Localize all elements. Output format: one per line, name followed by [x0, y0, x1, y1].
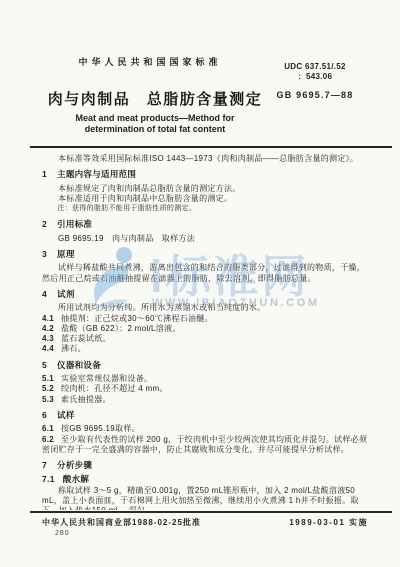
document-title-en: Meat and meat products—Method for determ…	[0, 113, 310, 135]
clause-text: 称取试样 3～5 g，精确至0.001g，置250 mL锥形瓶中，加入 2 mo…	[42, 486, 370, 510]
clause-text: 本标准规定了肉和肉制品总脂肪含量的测定方法。	[42, 184, 370, 194]
clause-text: 按GB 9695.19取样。	[61, 424, 140, 433]
udc-line1: UDC 637.51/.52	[260, 62, 370, 72]
clause-number: 7.1	[42, 474, 55, 484]
approval-line: 中华人民共和国商业部1988-02-25批准	[42, 517, 201, 528]
paragraph: 本标准规定了肉和肉制品总脂肪含量的测定方法。	[42, 184, 370, 194]
udc-line2: ：543.06	[260, 72, 370, 82]
section-heading: 6试样	[42, 410, 370, 420]
paragraph: 称取试样 3～5 g，精确至0.001g，置250 mL锥形瓶中，加入 2 mo…	[42, 486, 370, 510]
clause-number: 4.4	[42, 344, 54, 353]
numbered-clause: 5.3索氏抽提器。	[42, 395, 370, 405]
section-heading: 5仪器和设备	[42, 360, 370, 370]
note-line: 注：获得的脂肪不能用于脂肪性质的测定。	[42, 204, 370, 214]
paragraph: GB 9695.19 肉与肉制品 取样方法	[42, 234, 370, 244]
subsection-heading: 7.1酸水解	[42, 474, 370, 484]
numbered-clause: 4.2盐酸（GB 622）：2 mol/L溶液。	[42, 324, 370, 334]
clause-text: 试样	[57, 410, 75, 420]
section-heading: 3原理	[42, 249, 370, 259]
title-en-line1: Meat and meat products—Method for	[0, 113, 310, 124]
clause-text: 索氏抽提器。	[61, 395, 111, 404]
clause-text: 抽提剂：正己烷或30～60℃沸程石油醚。	[61, 314, 213, 323]
document-header: 中华人民共和国国家标准 UDC 637.51/.52 ：543.06 GB 96…	[0, 0, 400, 147]
clause-number: 4.3	[42, 334, 54, 343]
clause-text: 引用标准	[57, 219, 92, 229]
clause-number: 4.1	[42, 314, 54, 323]
page-number: 280	[55, 530, 70, 537]
clause-number: 1	[42, 169, 47, 179]
clause-number: 2	[42, 219, 47, 229]
section-heading: 7分析步骤	[42, 460, 370, 470]
numbered-clause: 6.2至少取有代表性的试样 200 g，于绞肉机中至少绞两次使其均质化并混匀。试…	[42, 435, 370, 456]
clause-text: 沸石。	[61, 344, 86, 353]
numbered-clause: 5.2绞肉机：孔径不超过 4 mm。	[42, 384, 370, 394]
clause-text: 原理	[57, 249, 75, 259]
clause-text: 实验室常规仪器和设备。	[61, 374, 152, 383]
clause-number: 7	[42, 460, 47, 470]
standard-document-page: 中华人民共和国国家标准 UDC 637.51/.52 ：543.06 GB 96…	[0, 0, 400, 567]
clause-number: 5	[42, 360, 47, 370]
title-en-line2: determination of total fat content	[0, 124, 310, 135]
clause-number: 5.3	[42, 395, 54, 404]
clause-text: 本标准等效采用国际标准ISO 1443—1973《肉和肉制品——总脂肪含量的测定…	[42, 154, 370, 164]
clause-text: 试剂	[57, 289, 75, 299]
section-heading: 2引用标准	[42, 219, 370, 229]
numbered-clause: 5.1实验室常规仪器和设备。	[42, 374, 370, 384]
udc-classification: UDC 637.51/.52 ：543.06	[260, 62, 370, 81]
clause-text: GB 9695.19 肉与肉制品 取样方法	[42, 234, 370, 244]
clause-number: 5.1	[42, 374, 54, 383]
clause-text: 蓝石蕊试纸。	[61, 334, 111, 343]
document-title-cn: 肉与肉制品 总脂肪含量测定	[0, 88, 310, 109]
clause-number: 6.2	[42, 435, 54, 444]
clause-text: 分析步骤	[57, 460, 92, 470]
clause-text: 试样与稀盐酸共同煮沸，游离出包含的和结合的脂类部分，过滤得到的物质，干燥，然后用…	[42, 263, 370, 284]
clause-text: 盐酸（GB 622）：2 mol/L溶液。	[61, 324, 181, 333]
clause-number: 3	[42, 249, 47, 259]
clause-number: 6.1	[42, 424, 54, 433]
clause-number: 4.2	[42, 324, 54, 333]
footer-divider	[30, 511, 392, 513]
paragraph: 试样与稀盐酸共同煮沸，游离出包含的和结合的脂类部分，过滤得到的物质，干燥，然后用…	[42, 263, 370, 284]
clause-text: 主题内容与适用范围	[57, 169, 136, 179]
clause-number: 5.2	[42, 384, 54, 393]
clause-text: 酸水解	[63, 474, 89, 484]
numbered-clause: 4.1抽提剂：正己烷或30～60℃沸程石油醚。	[42, 314, 370, 324]
clause-text: 绞肉机：孔径不超过 4 mm。	[61, 384, 168, 393]
paragraph: 所用试剂均为分析纯。所用水为蒸馏水或相当纯度的水。	[42, 303, 370, 313]
section-heading: 4试剂	[42, 289, 370, 299]
numbered-clause: 6.1按GB 9695.19取样。	[42, 424, 370, 434]
clause-text: 至少取有代表性的试样 200 g，于绞肉机中至少绞两次使其均质化并混匀。试样必须…	[42, 435, 367, 454]
paragraph: 本标准适用于肉和肉制品中总脂肪含量的测定。	[42, 194, 370, 204]
implementation-date: 1989-03-01 实施	[289, 517, 368, 528]
clause-text: 仪器和设备	[57, 360, 101, 370]
document-body: 本标准等效采用国际标准ISO 1443—1973《肉和肉制品——总脂肪含量的测定…	[42, 154, 370, 510]
header-divider	[30, 146, 392, 148]
numbered-clause: 4.4沸石。	[42, 344, 370, 354]
numbered-clause: 4.3蓝石蕊试纸。	[42, 334, 370, 344]
section-heading: 1主题内容与适用范围	[42, 169, 370, 179]
national-standard-label: 中华人民共和国国家标准	[0, 55, 300, 68]
clause-text: 本标准适用于肉和肉制品中总脂肪含量的测定。	[42, 194, 370, 204]
clause-number: 4	[42, 289, 47, 299]
paragraph: 本标准等效采用国际标准ISO 1443—1973《肉和肉制品——总脂肪含量的测定…	[42, 154, 370, 164]
clause-text: 所用试剂均为分析纯。所用水为蒸馏水或相当纯度的水。	[42, 303, 370, 313]
clause-text: 注：获得的脂肪不能用于脂肪性质的测定。	[42, 204, 370, 214]
clause-number: 6	[42, 410, 47, 420]
